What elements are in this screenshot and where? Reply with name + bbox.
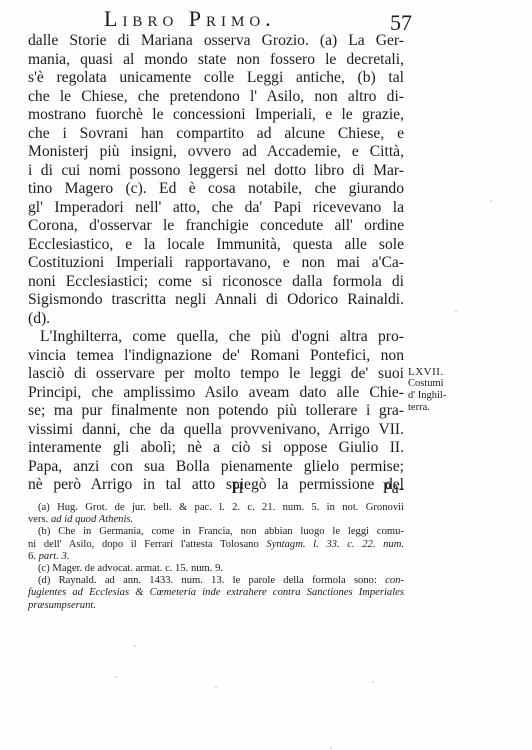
body-line: lasciò di osservare per molto tempo le l… [28, 365, 404, 384]
footnote-italic: Syntagm. l. 33. c. 22. num. [266, 539, 404, 550]
paper-speck [215, 686, 217, 688]
footnote-line: ni dell' Asilo, dopo il Ferrari l'attest… [28, 539, 404, 551]
marginal-note-line: d' Inghil- [408, 390, 468, 402]
body-line: Ecclesiastico, e la locale Immunità, que… [28, 236, 404, 255]
footnote-text: 6. [28, 551, 39, 562]
footnote-italic: con- [385, 575, 404, 586]
body-line: i di cui nomi possono leggersi nel dotto… [28, 162, 404, 181]
footnote-line: 6. part. 3. [28, 551, 404, 563]
body-line: vissimi danni, che da quella provvenivan… [28, 421, 404, 440]
body-line: dalle Storie di Mariana osserva Grozio. … [28, 32, 404, 51]
running-head: Libro Primo. [104, 6, 404, 32]
body-line: tino Magero (c). Ed è cosa notabile, che… [28, 180, 404, 199]
body-line: noni Ecclesiastici; come si riconosce da… [28, 273, 404, 292]
paper-speck [330, 747, 332, 749]
signature-mark: H [232, 480, 244, 498]
footnote-text: (c) Mager. de advocat. armat. c. 15. num… [38, 563, 223, 574]
body-line: s'è regolata unicamente colle Leggi anti… [28, 69, 404, 88]
body-line: vincia temea l'indignazione de' Romani P… [28, 347, 404, 366]
footnote-text: (a) Hug. Grot. de jur. bell. & pac. l. 2… [38, 502, 404, 513]
footnote-line: vers. ad id quod Athenis. [28, 514, 404, 526]
body-line: (d). [28, 310, 404, 329]
body-line: Costituzioni Imperiali rapportavano, e n… [28, 254, 404, 273]
book-page: Libro Primo. 57 dalle Storie di Mariana … [0, 0, 532, 750]
body-line: Sigismondo trascritta negli Annali di Od… [28, 291, 404, 310]
footnote-text: vers. [28, 514, 51, 525]
paper-speck [490, 200, 492, 202]
footnote-italic: ad id quod Athenis. [51, 514, 133, 525]
footnote-line: (a) Hug. Grot. de jur. bell. & pac. l. 2… [28, 502, 404, 514]
body-line: Papa, anzi con sua Bolla pienamente glie… [28, 458, 404, 477]
paragraph-start-line: L'Inghilterra, come quella, che più d'og… [28, 328, 404, 347]
marginal-note-line: Costumi [408, 378, 468, 390]
body-line: Corona, d'osservar le franchigie concedu… [28, 217, 404, 236]
paper-speck [372, 681, 374, 683]
body-line: Monisterj più insigni, ovvero ad Accadem… [28, 143, 404, 162]
body-line: che i Sovrani han compartito ad alcune C… [28, 125, 404, 144]
footnote-text: ni dell' Asilo, dopo il Ferrari l'attest… [28, 539, 266, 550]
body-line: gl' Imperadori nell' atto, che da' Papi … [28, 199, 404, 218]
footnote-italic: part. 3. [39, 551, 70, 562]
body-line: che le Chiese, che pretendono l' Asilo, … [28, 88, 404, 107]
footnote-italic: præsumpserunt. [28, 600, 96, 611]
footnote-line: præsumpserunt. [28, 600, 404, 612]
marginal-note-number: LXVII. [408, 366, 468, 378]
footnote-text: (d) Raynald. ad ann. 1433. num. 13. le p… [38, 575, 385, 586]
footnote-italic: fugientes ad Ecclesias & Cœmeteria inde … [28, 587, 404, 598]
footnotes: (a) Hug. Grot. de jur. bell. & pac. l. 2… [28, 502, 404, 612]
body-text: dalle Storie di Mariana osserva Grozio. … [28, 32, 404, 495]
catchword: Pa- [383, 480, 404, 498]
footnote-line: (d) Raynald. ad ann. 1433. num. 13. le p… [28, 575, 404, 587]
body-line: Principi, che amplissimo Asilo aveam dat… [28, 384, 404, 403]
footnote-text: (b) Che in Germania, come in Francia, no… [38, 526, 404, 537]
body-line: se; ma pur finalmente non potendo più to… [28, 402, 404, 421]
body-line: mostrano fuorchè le concessioni Imperial… [28, 106, 404, 125]
signature-line: H Pa- [28, 480, 404, 500]
footnote-line: fugientes ad Ecclesias & Cœmeteria inde … [28, 587, 404, 599]
body-line: mania, quasi al mondo state non fossero … [28, 51, 404, 70]
paper-speck [115, 676, 117, 678]
paper-speck [134, 645, 136, 647]
footnote-line: (b) Che in Germania, come in Francia, no… [28, 526, 404, 538]
footnote-line: (c) Mager. de advocat. armat. c. 15. num… [28, 563, 404, 575]
marginal-note-line: terra. [408, 402, 468, 414]
paper-speck [455, 310, 457, 312]
marginal-note: LXVII. Costumi d' Inghil- terra. [408, 366, 468, 414]
body-line: interamente gli abolì; nè a ciò si oppos… [28, 439, 404, 458]
